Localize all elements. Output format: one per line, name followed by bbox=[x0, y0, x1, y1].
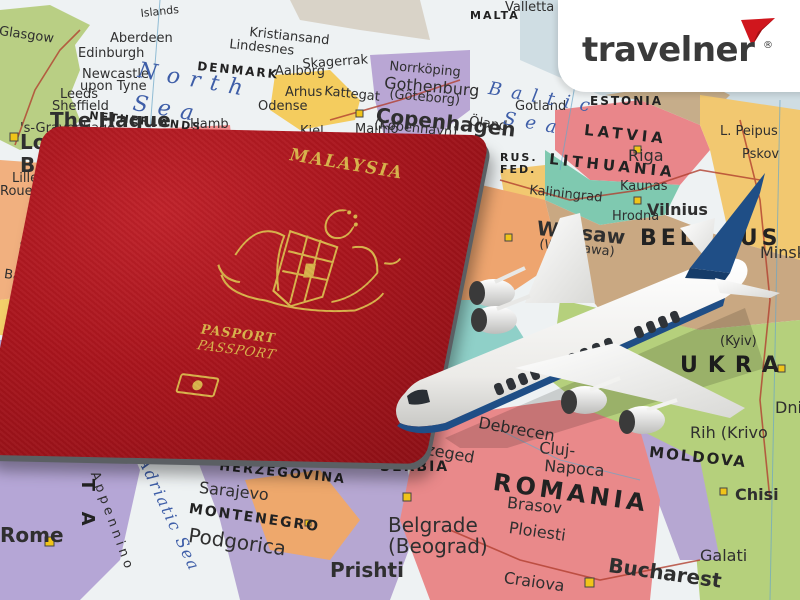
e-passport-chip-icon bbox=[175, 373, 220, 398]
country-label-russia: RUS. bbox=[500, 152, 538, 163]
registered-mark: ® bbox=[763, 40, 773, 51]
map-label: Prishti bbox=[330, 560, 404, 580]
map-label: Belgrade bbox=[388, 515, 478, 535]
map-label: (Beograd) bbox=[388, 536, 488, 556]
country-label-estonia: ESTONIA bbox=[590, 95, 663, 107]
airplane-model-icon bbox=[385, 168, 785, 448]
map-label: Aberdeen bbox=[110, 32, 173, 45]
country-label-italy: ITA bbox=[78, 450, 96, 548]
hero-image: Islands Aberdeen Glasgow Edinburgh Newca… bbox=[0, 0, 800, 600]
passport-title-malay: PASPORT bbox=[198, 323, 277, 347]
map-label: Galati bbox=[700, 548, 747, 564]
map-label: Valletta bbox=[505, 1, 554, 14]
map-label: L. Peipus bbox=[720, 125, 778, 138]
map-label: Edinburgh bbox=[78, 47, 144, 60]
engine bbox=[469, 268, 530, 334]
map-label: Pskov bbox=[742, 148, 779, 161]
brand-wordmark: travelner bbox=[582, 33, 754, 67]
passport-title-english: PASSPORT bbox=[195, 338, 278, 363]
map-label: Rome bbox=[0, 525, 64, 545]
map-label: Chisi bbox=[735, 487, 779, 503]
map-label: Arhus bbox=[285, 86, 322, 99]
map-label: Odense bbox=[258, 100, 308, 113]
brand-logo-card[interactable]: travelner ® bbox=[558, 0, 800, 92]
